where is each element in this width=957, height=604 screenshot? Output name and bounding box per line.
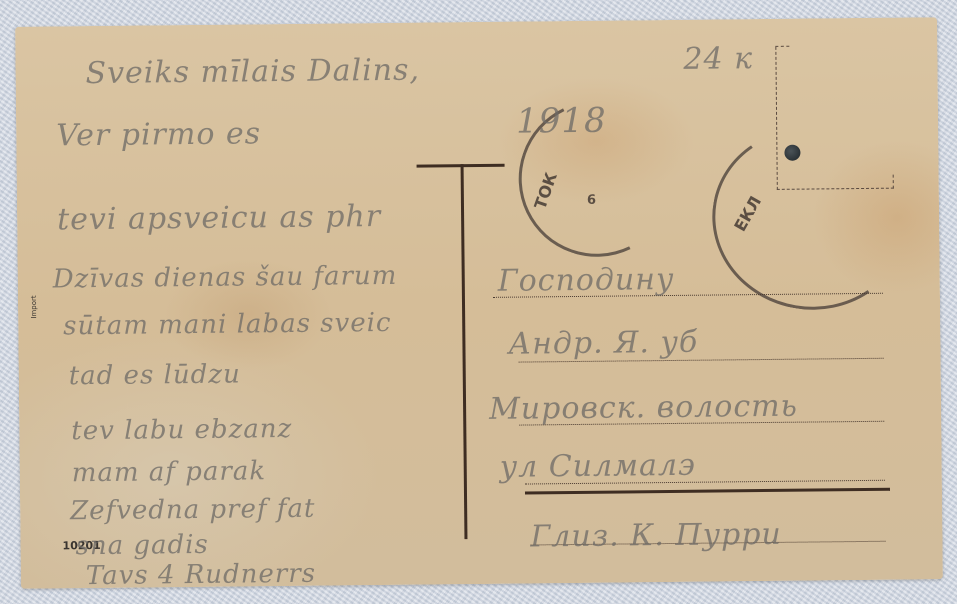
message-line-6: tad es lūdzu — [69, 359, 241, 391]
postmark-left-digits: 6 — [587, 193, 596, 208]
address-text-3: Мировск. волость — [489, 389, 798, 427]
message-line-5: sūtam mani labas sveic — [63, 308, 392, 341]
message-line-8: mam af parak — [72, 456, 267, 488]
address-text-5: Глиз. К. Пурри — [530, 517, 782, 555]
message-line-11: Tavs 4 Rudnerrs — [86, 559, 317, 591]
message-line-10: sna gadis — [75, 530, 209, 561]
message-line-1: Sveiks mīlais Dalins, — [85, 53, 420, 91]
message-line-2: Ver pirmo es — [56, 116, 261, 153]
address-text-2: Андр. Я. уб — [508, 325, 698, 362]
address-text-4: ул Силмалэ — [500, 448, 696, 485]
corner-note: 24 к — [683, 41, 753, 77]
address-underline — [525, 488, 890, 495]
address-text-1: Господину — [498, 262, 675, 299]
handwritten-date: 1918 — [516, 101, 607, 142]
import-label: Import — [30, 295, 38, 318]
message-line-7: tev labu ebzanz — [71, 414, 292, 446]
message-line-3: tevi apsveicu as phr — [57, 199, 381, 237]
postcard-back: Import 10201 ТОК 6 ЕКЛ Sveiks mīlais Dal… — [15, 17, 943, 589]
message-line-4: Dzīvas dienas šau farum — [53, 261, 398, 295]
divider-line — [461, 164, 468, 539]
message-line-9: Zefvedna pref fat — [70, 494, 316, 527]
